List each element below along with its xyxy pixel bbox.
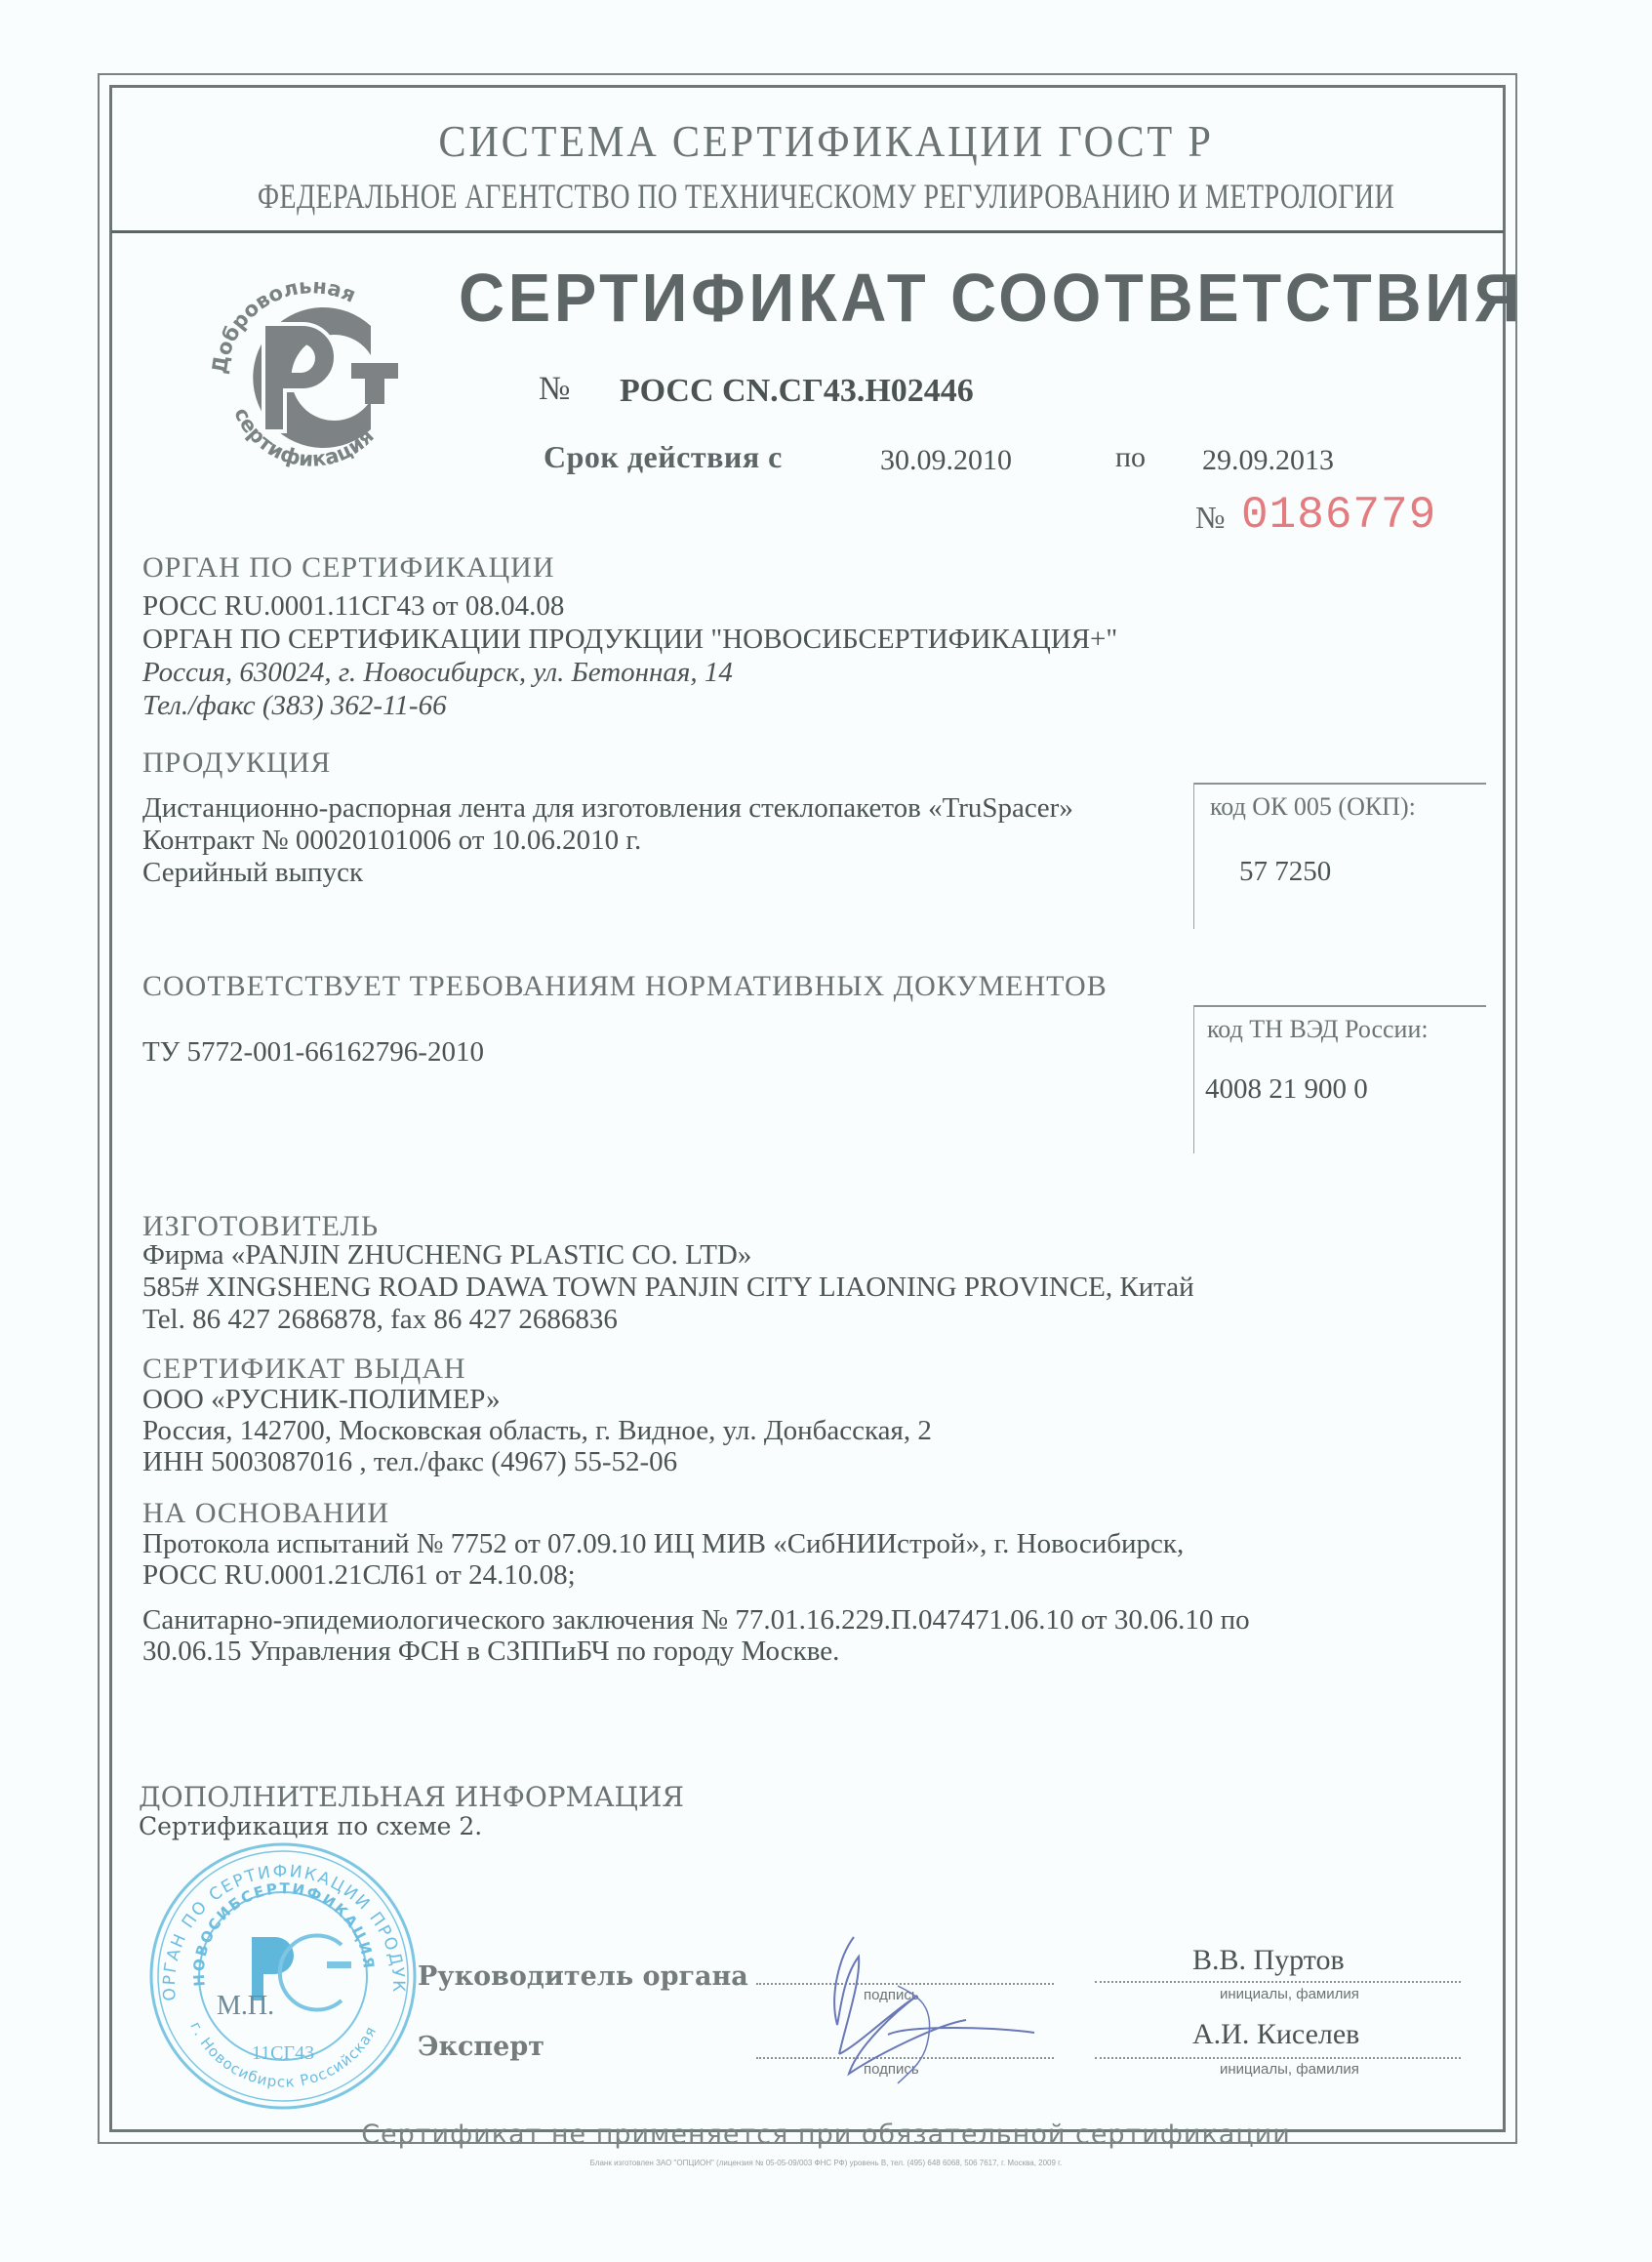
certification-body-phone: Тел./факс (383) 362-11-66	[142, 690, 447, 722]
product-heading: ПРОДУКЦИЯ	[142, 747, 331, 780]
agency-name: ФЕДЕРАЛЬНОЕ АГЕНТСТВО ПО ТЕХНИЧЕСКОМУ РЕ…	[181, 176, 1471, 217]
manufacturer-contacts: Tel. 86 427 2686878, fax 86 427 2686836	[142, 1304, 618, 1336]
certification-body-registration: РОСС RU.0001.11СГ43 от 08.04.08	[142, 590, 564, 623]
header-divider	[111, 230, 1504, 233]
valid-to-label: по	[1115, 441, 1146, 474]
basis-line: Протокола испытаний № 7752 от 07.09.10 И…	[142, 1528, 1184, 1560]
certification-body-stamp-icon: ОРГАН ПО СЕРТИФИКАЦИИ ПРОДУКЦИИ НОВОСИБС…	[137, 1830, 429, 2122]
tnved-box-left-border	[1193, 1005, 1194, 1153]
issued-to-address: Россия, 142700, Московская область, г. В…	[142, 1415, 932, 1447]
head-name-line	[1095, 1981, 1461, 1983]
issued-to-heading: СЕРТИФИКАТ ВЫДАН	[142, 1353, 466, 1386]
certificate-number: РОСС CN.СГ43.Н02446	[620, 373, 974, 410]
basis-heading: НА ОСНОВАНИИ	[142, 1497, 389, 1530]
printer-imprint: Бланк изготовлен ЗАО "ОПЦИОН" (лицензия …	[0, 2159, 1652, 2167]
okp-code-label: код ОК 005 (ОКП):	[1210, 792, 1416, 822]
expert-name: А.И. Киселев	[1192, 2018, 1359, 2051]
product-description: Дистанционно-распорная лента для изготов…	[142, 792, 1073, 825]
validity-label: Срок действия с	[544, 439, 783, 475]
basis-line: Санитарно-эпидемиологического заключения…	[142, 1604, 1250, 1636]
valid-from-date: 30.09.2010	[880, 444, 1012, 477]
expert-name-caption: инициалы, фамилия	[1220, 2061, 1359, 2078]
system-title: СИСТЕМА СЕРТИФИКАЦИИ ГОСТ Р	[66, 115, 1587, 167]
tnved-code-label: код ТН ВЭД России:	[1207, 1015, 1429, 1044]
manufacturer-heading: ИЗГОТОВИТЕЛЬ	[142, 1210, 379, 1243]
certification-body-address: Россия, 630024, г. Новосибирск, ул. Бето…	[142, 657, 733, 689]
manufacturer-name: Фирма «PANJIN ZHUCHENG PLASTIC CO. LTD»	[142, 1239, 751, 1272]
blank-serial-number: 0186779	[1241, 490, 1436, 541]
basis-line: 30.06.15 Управления ФСН в СЗППиБЧ по гор…	[142, 1636, 839, 1668]
okp-box-left-border	[1193, 783, 1194, 929]
certification-body-heading: ОРГАН ПО СЕРТИФИКАЦИИ	[142, 551, 555, 585]
tnved-code-value: 4008 21 900 0	[1205, 1073, 1368, 1106]
product-production-type: Серийный выпуск	[142, 857, 363, 889]
blank-number-sign: №	[1195, 500, 1226, 536]
product-contract: Контракт № 00020101006 от 10.06.2010 г.	[142, 825, 641, 857]
conformity-heading: СООТВЕТСТВУЕТ ТРЕБОВАНИЯМ НОРМАТИВНЫХ ДО…	[142, 970, 1108, 1003]
handwritten-signature-icon	[800, 1927, 1054, 2093]
certification-body-name: ОРГАН ПО СЕРТИФИКАЦИИ ПРОДУКЦИИ "НОВОСИБ…	[142, 624, 1117, 656]
tnved-box-top-border	[1193, 1005, 1486, 1007]
footer-note: Сертификат не применяется при обязательн…	[0, 2120, 1652, 2150]
svg-text:11СГ43: 11СГ43	[252, 2042, 314, 2064]
issued-to-inn-phone: ИНН 5003087016 , тел./факс (4967) 55-52-…	[142, 1446, 677, 1478]
okp-box-top-border	[1193, 783, 1486, 785]
okp-code-value: 57 7250	[1239, 856, 1331, 888]
certificate-title: СЕРТИФИКАТ СООТВЕТСТВИЯ	[459, 259, 1523, 337]
issued-to-company: ООО «РУСНИК-ПОЛИМЕР»	[142, 1384, 501, 1416]
stamp-place-label: М.П.	[217, 1991, 274, 2022]
basis-line: РОСС RU.0001.21СЛ61 от 24.10.08;	[142, 1559, 576, 1592]
manufacturer-address: 585# XINGSHENG ROAD DAWA TOWN PANJIN CIT…	[142, 1272, 1194, 1304]
head-of-body-role: Руководитель органа	[418, 1961, 748, 1992]
voluntary-certification-logo-icon: Добровольная сертификация	[205, 265, 410, 475]
expert-name-line	[1095, 2057, 1461, 2059]
number-sign: №	[539, 371, 570, 408]
head-name-caption: инициалы, фамилия	[1220, 1986, 1359, 2002]
expert-role: Эксперт	[418, 2032, 544, 2062]
additional-info-heading: ДОПОЛНИТЕЛЬНАЯ ИНФОРМАЦИЯ	[139, 1781, 684, 1813]
normative-document: ТУ 5772-001-66162796-2010	[142, 1036, 484, 1069]
head-of-body-name: В.В. Пуртов	[1192, 1944, 1345, 1977]
valid-to-date: 29.09.2013	[1202, 444, 1334, 477]
